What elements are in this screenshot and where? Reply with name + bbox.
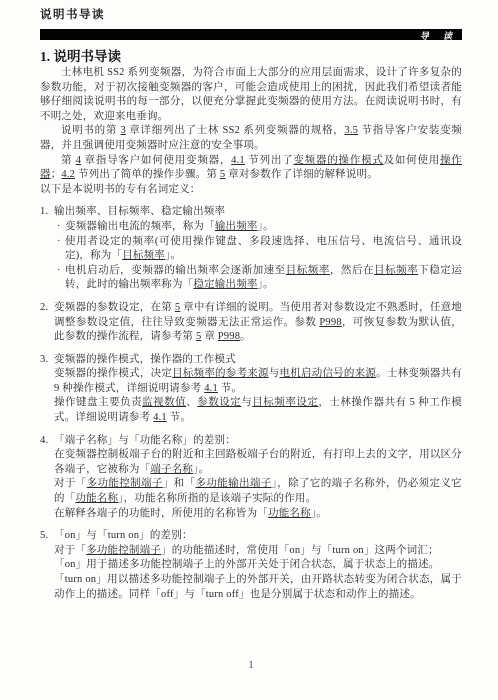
item-title: 「on」与「turn on」的差别： (54, 529, 462, 544)
text-segment: 第 (61, 155, 76, 166)
definitions-intro: 以下是本说明书的专有名词定义： (40, 183, 462, 198)
section-title: 1. 说明书导读 (40, 48, 462, 66)
text-segment: 」的功能描述时，常使用「on」与「turn on」这两个词汇； (161, 545, 439, 556)
text-segment: 操作键盘主要负责 (54, 397, 142, 408)
manual-page: 说明书导读 导 读 1. 说明书导读 士林电机 SS2 系列变频器，为符合市面上… (0, 0, 498, 700)
text-segment: ，然后在 (330, 265, 374, 276)
text-segment: 说明书的第 (61, 125, 121, 136)
definition-item-1: 1. 输出频率、目标频率、稳定输出频率 · 变频器输出电流的频率，称为「输出频率… (40, 205, 462, 293)
chapter-banner: 导 读 (40, 29, 462, 40)
text-segment: 多功能控制端子 (87, 478, 163, 489)
text-segment: 「turn on」用以描述多功能控制端子上的外部开关，由开路状态转变为闭合状态，… (54, 574, 462, 600)
text-segment: 目标频率 (374, 265, 418, 276)
text-segment: 4.2 (61, 169, 75, 180)
definition-item-3: 3. 变频器的操作模式，操作器的工作模式 变频器的操作模式，决定目标频率的参考来… (40, 353, 462, 426)
text-segment: 电机启动信号的来源 (280, 368, 377, 379)
item-content: 变频器的参数设定，在第 5 章中有详细的说明。当使用者对参数设定不熟悉时，任意地… (54, 301, 462, 345)
text-segment: 4.1 (153, 412, 167, 423)
text-segment: 4.1 (231, 155, 245, 166)
bullet-text: 使用者设定的频率(可使用操作键盘、多段速选择、电压信号、电流信号、通讯设定)，称… (65, 235, 462, 264)
item-number: 1. (40, 205, 54, 293)
text-segment: 变频器输出电流的频率，称为「 (65, 221, 215, 232)
text-segment: 章指导客户如何使用变频器， (81, 155, 231, 166)
text-segment: 与 (241, 397, 252, 408)
bullet-item: · 变频器输出电流的频率，称为「输出频率」。 (54, 220, 462, 235)
text-segment: 变频器的操作模式 (293, 155, 383, 166)
item-title: 输出频率、目标频率、稳定输出频率 (54, 205, 462, 220)
item-paragraph: 变频器的操作模式，决定目标频率的参考来源与电机启动信号的来源。士林变频器共有 9… (54, 367, 462, 396)
text-segment: 变频器的参数设定，在第 (54, 302, 175, 313)
text-segment: 章 (201, 331, 217, 342)
item-paragraph: 操作键盘主要负责监视数值、参数设定与目标频率设定，士林操作器共有 5 种工作模式… (54, 396, 462, 425)
text-segment: 电机启动后，变频器的输出频率会逐渐加速至 (65, 265, 286, 276)
text-segment: 」。 (258, 279, 274, 290)
text-segment: 」。 (258, 221, 274, 232)
text-segment: 及如何使用 (384, 155, 440, 166)
item-content: 输出频率、目标频率、稳定输出频率 · 变频器输出电流的频率，称为「输出频率」。 … (54, 205, 462, 293)
text-segment: 目标频率 (122, 250, 165, 261)
text-segment: 在变频器控制板端子台的附近和主回路板端子台的附近，有打印上去的文字，用以区分各端… (54, 449, 462, 475)
text-segment: ； (51, 169, 62, 180)
item-paragraph: 「turn on」用以描述多功能控制端子上的外部开关，由开路状态转变为闭合状态，… (54, 573, 462, 602)
text-segment: 节列出了 (245, 155, 294, 166)
item-paragraph: 在变频器控制板端子台的附近和主回路板端子台的附近，有打印上去的文字，用以区分各端… (54, 448, 462, 477)
text-segment: 「on」用于描述多功能控制端子上的外部开关处于闭合状态，属于状态上的描述。 (54, 559, 439, 570)
bullet-text: 电机启动后，变频器的输出频率会逐渐加速至目标频率，然后在目标频率下稳定运转，此时… (65, 264, 462, 293)
item-paragraph: 在解释各端子的功能时，所使用的名称皆为「功能名称」。 (54, 507, 462, 522)
text-segment: 节。 (218, 383, 242, 394)
item-paragraph: 对于「多功能控制端子」和「多功能输出端子」，除了它的端子名称外，仍必须定义它的「… (54, 477, 462, 506)
item-number: 4. (40, 434, 54, 522)
text-segment: 章对参数作了详细的解释说明。 (225, 169, 378, 180)
text-segment: 」。 (165, 250, 181, 261)
text-segment: 目标频率 (286, 265, 330, 276)
text-segment: 。 (240, 331, 251, 342)
text-segment: P998 (319, 317, 341, 328)
text-segment: 节。 (167, 412, 191, 423)
text-segment: 对于「 (54, 545, 86, 556)
text-segment: 4.1 (204, 383, 218, 394)
item-number: 2. (40, 301, 54, 345)
intro-paragraph-3: 第 4 章指导客户如何使用变频器，4.1 节列出了变频器的操作模式及如何使用操作… (40, 154, 462, 183)
bullet-item: · 使用者设定的频率(可使用操作键盘、多段速选择、电压信号、电流信号、通讯设定)… (54, 235, 462, 264)
text-segment: 」和「 (163, 478, 196, 489)
text-segment: 对于「 (54, 478, 87, 489)
text-segment: 稳定输出频率 (193, 279, 257, 290)
text-segment: 、 (186, 397, 197, 408)
item-paragraph: 对于「多功能控制端子」的功能描述时，常使用「on」与「turn on」这两个词汇… (54, 544, 462, 559)
text-segment: 多功能控制端子 (86, 545, 161, 556)
text-segment: 3.5 (344, 125, 358, 136)
bullet-dot: · (54, 220, 65, 235)
item-content: 「on」与「turn on」的差别： 对于「多功能控制端子」的功能描述时，常使用… (54, 529, 462, 602)
text-segment: 参数设定 (197, 397, 241, 408)
definition-item-2: 2. 变频器的参数设定，在第 5 章中有详细的说明。当使用者对参数设定不熟悉时，… (40, 301, 462, 345)
text-segment: 输出频率 (215, 221, 258, 232)
text-segment: 节列出了简单的操作步骤。第 (75, 169, 220, 180)
intro-paragraph-2: 说明书的第 3 章详细列出了士林 SS2 系列变频器的规格，3.5 节指导客户安… (40, 124, 462, 153)
item-content: 「端子名称」与「功能名称」的差别： 在变频器控制板端子台的附近和主回路板端子台的… (54, 434, 462, 522)
bullet-text: 变频器输出电流的频率，称为「输出频率」。 (65, 220, 274, 235)
text-segment: 端子名称 (150, 464, 193, 475)
running-header: 说明书导读 (40, 8, 462, 23)
text-segment: 监视数值 (142, 397, 186, 408)
text-segment: 」。 (311, 508, 327, 519)
item-number: 3. (40, 353, 54, 426)
item-paragraph: 「on」用于描述多功能控制端子上的外部开关处于闭合状态，属于状态上的描述。 (54, 558, 462, 573)
item-number: 5. (40, 529, 54, 602)
bullet-dot: · (54, 264, 65, 293)
text-segment: 变频器的操作模式，决定 (54, 368, 172, 379)
text-segment: 」。 (193, 464, 209, 475)
text-segment: 在解释各端子的功能时，所使用的名称皆为「 (54, 508, 268, 519)
definition-item-5: 5. 「on」与「turn on」的差别： 对于「多功能控制端子」的功能描述时，… (40, 529, 462, 602)
definition-item-4: 4. 「端子名称」与「功能名称」的差别： 在变频器控制板端子台的附近和主回路板端… (40, 434, 462, 522)
item-title: 变频器的操作模式，操作器的工作模式 (54, 353, 462, 368)
intro-paragraph-1: 士林电机 SS2 系列变频器，为符合市面上大部分的应用层面需求，设计了许多复杂的… (40, 66, 462, 124)
chapter-banner-label: 导 读 (420, 31, 458, 41)
item-title: 「端子名称」与「功能名称」的差别： (54, 434, 462, 449)
text-segment: 功能名称 (75, 493, 118, 504)
item-content: 变频器的操作模式，操作器的工作模式 变频器的操作模式，决定目标频率的参考来源与电… (54, 353, 462, 426)
text-segment: P998 (218, 331, 240, 342)
text-segment: 章详细列出了士林 SS2 系列变频器的规格， (126, 125, 344, 136)
bullet-dot: · (54, 235, 65, 264)
text-segment: 与 (269, 368, 280, 379)
page-number: 1 (40, 660, 462, 671)
text-segment: 目标频率的参考来源 (172, 368, 269, 379)
bullet-item: · 电机启动后，变频器的输出频率会逐渐加速至目标频率，然后在目标频率下稳定运转，… (54, 264, 462, 293)
text-segment: 」，功能名称所指的是该端子实际的作用。 (118, 493, 316, 504)
text-segment: 多功能输出端子 (195, 478, 271, 489)
text-segment: 目标频率设定 (252, 397, 318, 408)
text-segment: 功能名称 (268, 508, 311, 519)
item-paragraph: 变频器的参数设定，在第 5 章中有详细的说明。当使用者对参数设定不熟悉时，任意地… (54, 301, 462, 345)
